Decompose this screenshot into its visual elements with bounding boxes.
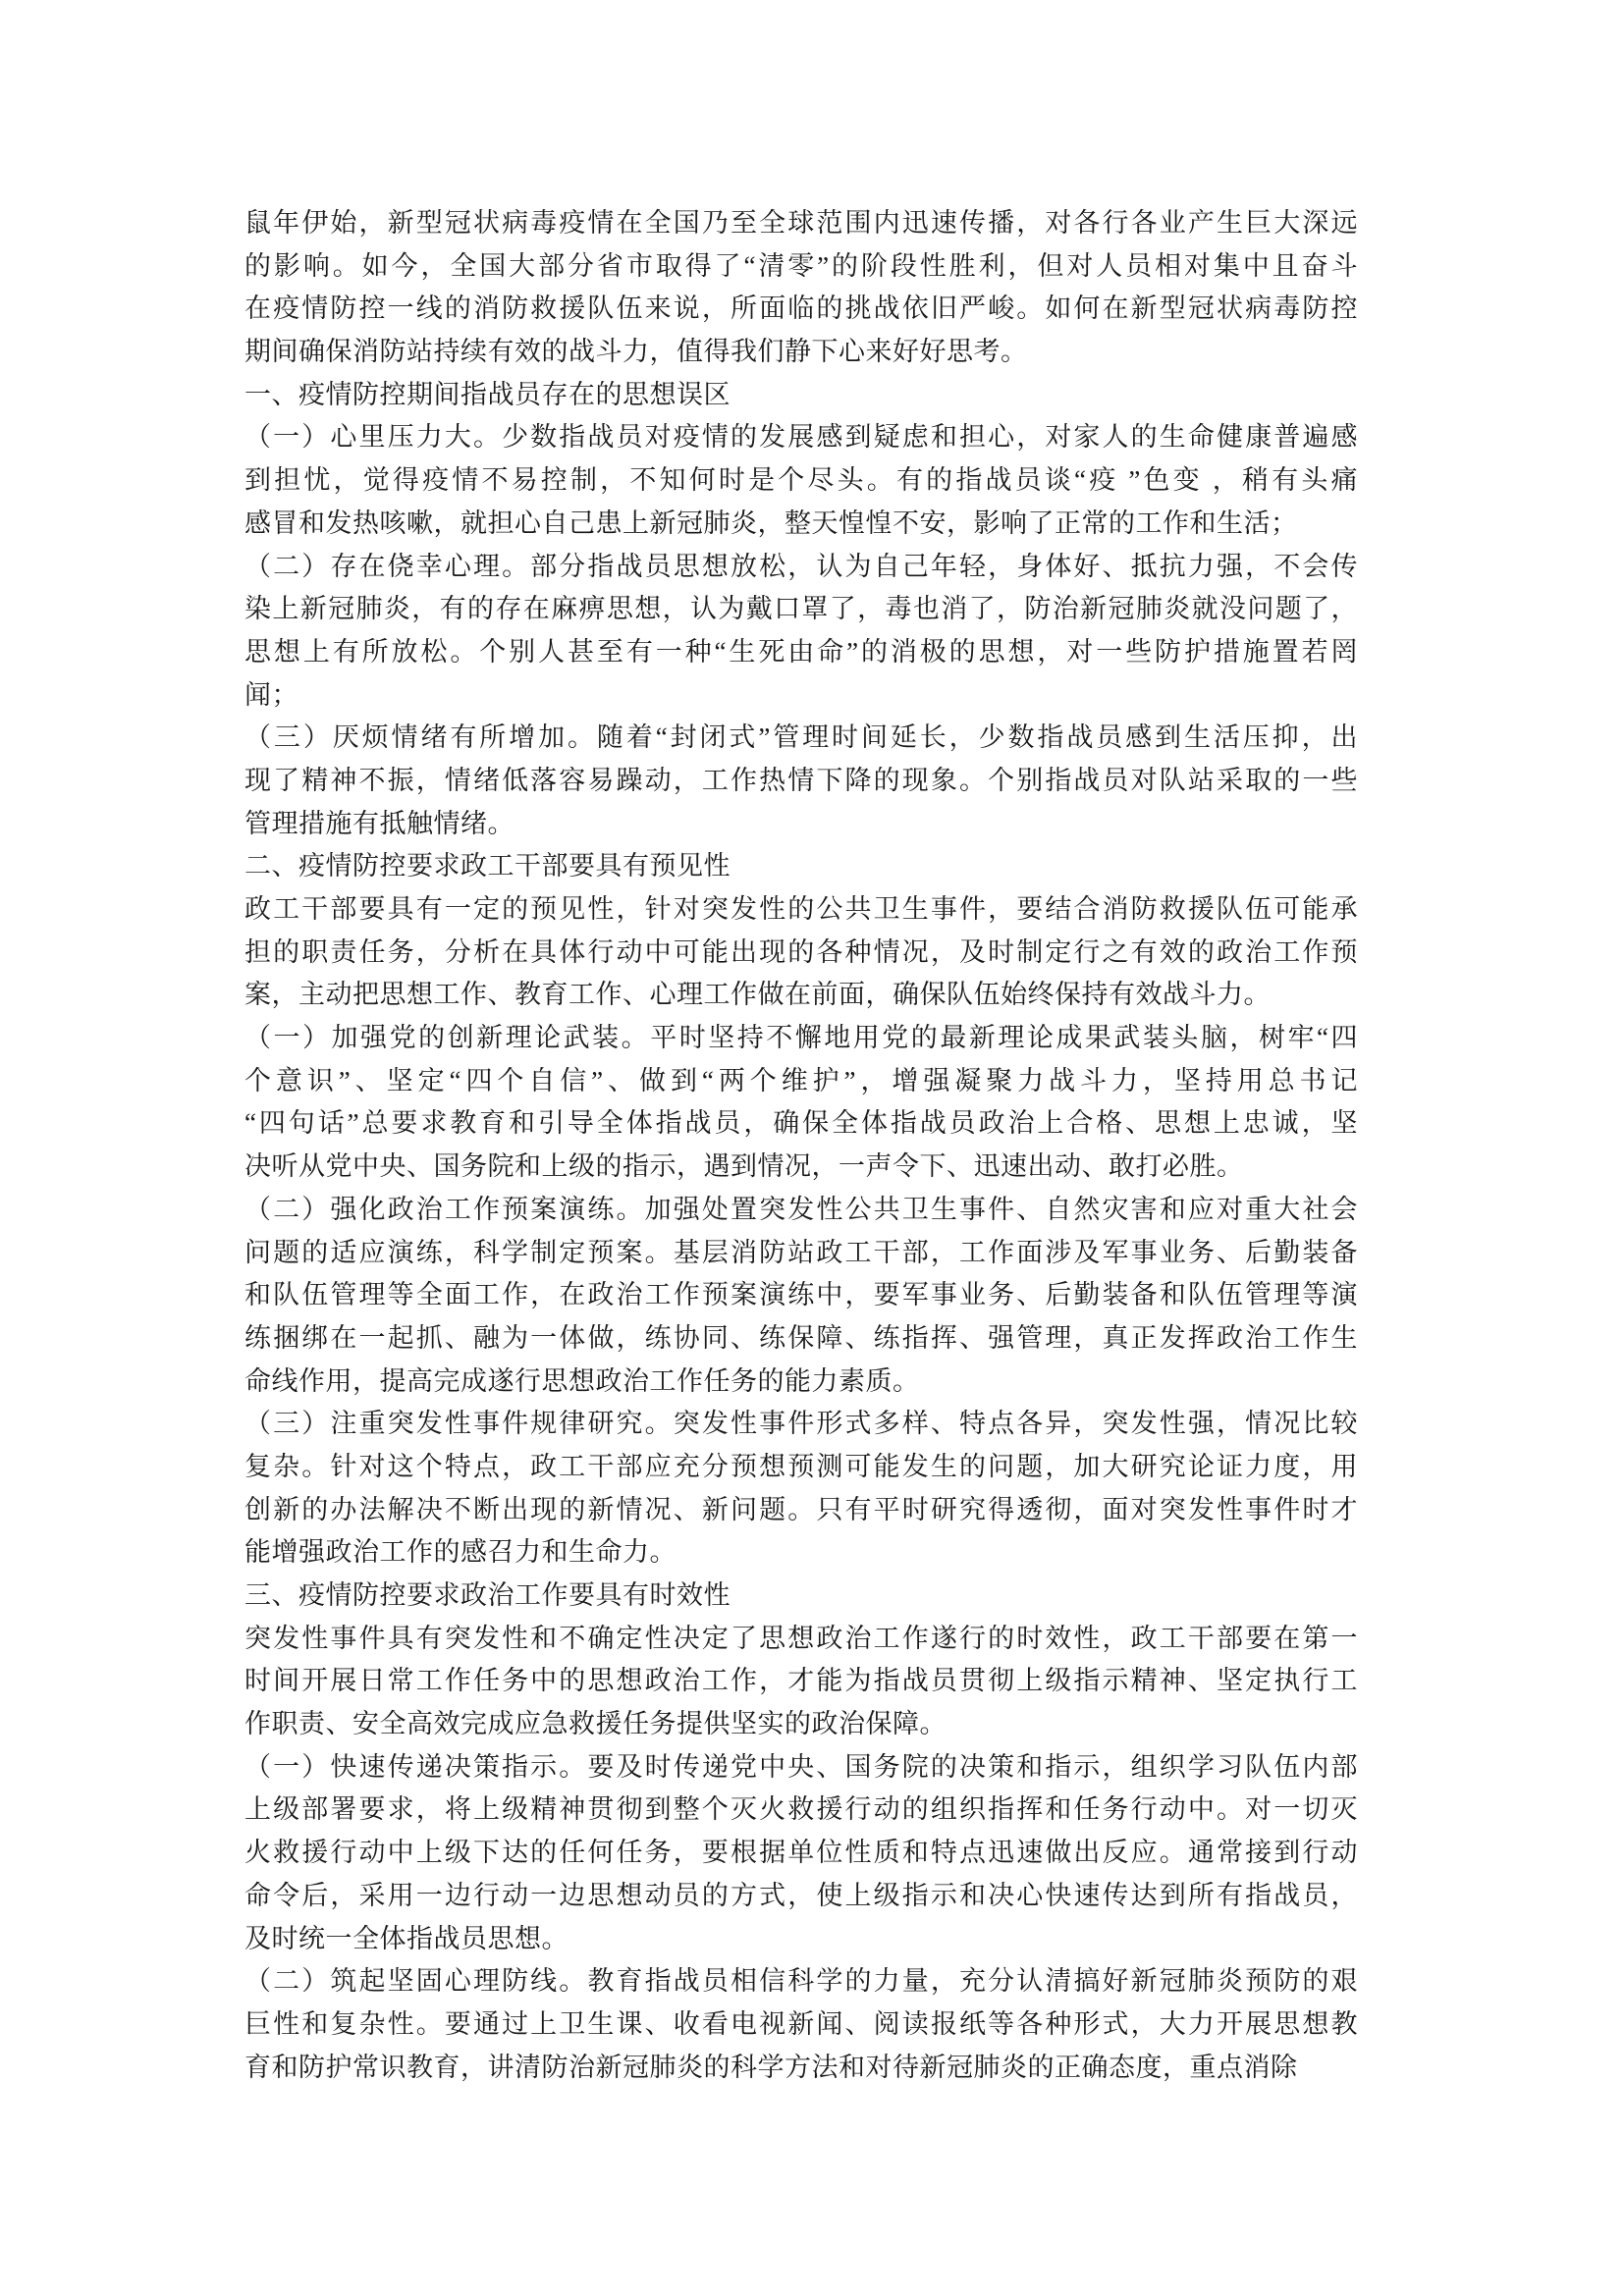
text-line: 政工干部要具有一定的预见性，针对突发性的公共卫生事件，要结合消防救援队伍可能承	[244, 888, 1358, 932]
paragraph: （二）存在侥幸心理。部分指战员思想放松，认为自己年轻，身体好、抵抗力强，不会传染…	[244, 546, 1358, 718]
text-line: 的影响。如今，全国大部分省市取得了“清零”的阶段性胜利，但对人员相对集中且奋斗	[244, 245, 1358, 289]
text-line: 育和防护常识教育，讲清防治新冠肺炎的科学方法和对待新冠肺炎的正确态度，重点消除	[244, 2047, 1358, 2090]
paragraph: （三）注重突发性事件规律研究。突发性事件形式多样、特点各异，突发性强，情况比较复…	[244, 1403, 1358, 1575]
text-line: 思想上有所放松。个别人甚至有一种“生死由命”的消极的思想，对一些防护措施置若罔	[244, 631, 1358, 674]
document-page: 鼠年伊始，新型冠状病毒疫情在全国乃至全球范围内迅速传播，对各行各业产生巨大深远的…	[0, 0, 1624, 2296]
text-line: （二）筑起坚固心理防线。教育指战员相信科学的力量，充分认清搞好新冠肺炎预防的艰	[244, 1960, 1358, 2003]
text-line: 担的职责任务，分析在具体行动中可能出现的各种情况，及时制定行之有效的政治工作预	[244, 932, 1358, 975]
text-line: 能增强政治工作的感召力和生命力。	[244, 1531, 1358, 1575]
text-line: 现了精神不振，情绪低落容易躁动，工作热情下降的现象。个别指战员对队站采取的一些	[244, 760, 1358, 803]
text-line: 案，主动把思想工作、教育工作、心理工作做在前面，确保队伍始终保持有效战斗力。	[244, 974, 1358, 1017]
text-line: 二、疫情防控要求政工干部要具有预见性	[244, 845, 1358, 888]
paragraph: 三、疫情防控要求政治工作要具有时效性	[244, 1575, 1358, 1618]
document-body: 鼠年伊始，新型冠状病毒疫情在全国乃至全球范围内迅速传播，对各行各业产生巨大深远的…	[244, 202, 1358, 2089]
text-line: 到担忧，觉得疫情不易控制，不知何时是个尽头。有的指战员谈“疫 ”色变 ，稍有头痛	[244, 459, 1358, 503]
text-line: 作职责、安全高效完成应急救援任务提供坚实的政治保障。	[244, 1703, 1358, 1746]
text-line: （一）加强党的创新理论武装。平时坚持不懈地用党的最新理论成果武装头脑，树牢“四	[244, 1017, 1358, 1060]
paragraph: （一）心里压力大。少数指战员对疫情的发展感到疑虑和担心，对家人的生命健康普遍感到…	[244, 416, 1358, 545]
text-line: （二）存在侥幸心理。部分指战员思想放松，认为自己年轻，身体好、抵抗力强，不会传	[244, 546, 1358, 589]
paragraph: 鼠年伊始，新型冠状病毒疫情在全国乃至全球范围内迅速传播，对各行各业产生巨大深远的…	[244, 202, 1358, 374]
text-line: 个意识”、坚定“四个自信”、做到“两个维护”，增强凝聚力战斗力，坚持用总书记	[244, 1060, 1358, 1103]
text-line: 时间开展日常工作任务中的思想政治工作，才能为指战员贯彻上级指示精神、坚定执行工	[244, 1660, 1358, 1703]
text-line: 期间确保消防站持续有效的战斗力，值得我们静下心来好好思考。	[244, 331, 1358, 374]
text-line: 问题的适应演练，科学制定预案。基层消防站政工干部，工作面涉及军事业务、后勤装备	[244, 1232, 1358, 1275]
text-line: 鼠年伊始，新型冠状病毒疫情在全国乃至全球范围内迅速传播，对各行各业产生巨大深远	[244, 202, 1358, 245]
paragraph: （一）快速传递决策指示。要及时传递党中央、国务院的决策和指示，组织学习队伍内部上…	[244, 1746, 1358, 1960]
text-line: 练捆绑在一起抓、融为一体做，练协同、练保障、练指挥、强管理，真正发挥政治工作生	[244, 1317, 1358, 1361]
paragraph: （二）筑起坚固心理防线。教育指战员相信科学的力量，充分认清搞好新冠肺炎预防的艰巨…	[244, 1960, 1358, 2089]
text-line: 感冒和发热咳嗽，就担心自己患上新冠肺炎，整天惶惶不安，影响了正常的工作和生活；	[244, 503, 1358, 546]
text-line: （一）快速传递决策指示。要及时传递党中央、国务院的决策和指示，组织学习队伍内部	[244, 1746, 1358, 1789]
paragraph: 政工干部要具有一定的预见性，针对突发性的公共卫生事件，要结合消防救援队伍可能承担…	[244, 888, 1358, 1017]
paragraph: 二、疫情防控要求政工干部要具有预见性	[244, 845, 1358, 888]
text-line: （二）强化政治工作预案演练。加强处置突发性公共卫生事件、自然灾害和应对重大社会	[244, 1189, 1358, 1232]
text-line: 巨性和复杂性。要通过上卫生课、收看电视新闻、阅读报纸等各种形式，大力开展思想教	[244, 2003, 1358, 2047]
text-line: 突发性事件具有突发性和不确定性决定了思想政治工作遂行的时效性，政工干部要在第一	[244, 1618, 1358, 1661]
paragraph: 突发性事件具有突发性和不确定性决定了思想政治工作遂行的时效性，政工干部要在第一时…	[244, 1618, 1358, 1746]
text-line: （三）注重突发性事件规律研究。突发性事件形式多样、特点各异，突发性强，情况比较	[244, 1403, 1358, 1446]
text-line: “四句话”总要求教育和引导全体指战员，确保全体指战员政治上合格、思想上忠诚，坚	[244, 1102, 1358, 1146]
text-line: 创新的办法解决不断出现的新情况、新问题。只有平时研究得透彻，面对突发性事件时才	[244, 1489, 1358, 1532]
text-line: 染上新冠肺炎，有的存在麻痹思想，认为戴口罩了，毒也消了，防治新冠肺炎就没问题了，	[244, 588, 1358, 631]
paragraph: （三）厌烦情绪有所增加。随着“封闭式”管理时间延长，少数指战员感到生活压抑，出现…	[244, 717, 1358, 845]
text-line: 火救援行动中上级下达的任何任务，要根据单位性质和特点迅速做出反应。通常接到行动	[244, 1832, 1358, 1875]
text-line: 命令后，采用一边行动一边思想动员的方式，使上级指示和决心快速传达到所有指战员，	[244, 1875, 1358, 1918]
text-line: 上级部署要求，将上级精神贯彻到整个灭火救援行动的组织指挥和任务行动中。对一切灭	[244, 1789, 1358, 1832]
paragraph: （一）加强党的创新理论武装。平时坚持不懈地用党的最新理论成果武装头脑，树牢“四个…	[244, 1017, 1358, 1189]
text-line: 和队伍管理等全面工作，在政治工作预案演练中，要军事业务、后勤装备和队伍管理等演	[244, 1274, 1358, 1317]
paragraph: （二）强化政治工作预案演练。加强处置突发性公共卫生事件、自然灾害和应对重大社会问…	[244, 1189, 1358, 1403]
text-line: （一）心里压力大。少数指战员对疫情的发展感到疑虑和担心，对家人的生命健康普遍感	[244, 416, 1358, 459]
text-line: （三）厌烦情绪有所增加。随着“封闭式”管理时间延长，少数指战员感到生活压抑，出	[244, 717, 1358, 760]
paragraph: 一、疫情防控期间指战员存在的思想误区	[244, 374, 1358, 417]
text-line: 在疫情防控一线的消防救援队伍来说，所面临的挑战依旧严峻。如何在新型冠状病毒防控	[244, 288, 1358, 331]
text-line: 及时统一全体指战员思想。	[244, 1918, 1358, 1961]
text-line: 三、疫情防控要求政治工作要具有时效性	[244, 1575, 1358, 1618]
text-line: 命线作用，提高完成遂行思想政治工作任务的能力素质。	[244, 1361, 1358, 1404]
text-line: 复杂。针对这个特点，政工干部应充分预想预测可能发生的问题，加大研究论证力度，用	[244, 1446, 1358, 1489]
text-line: 决听从党中央、国务院和上级的指示，遇到情况，一声令下、迅速出动、敢打必胜。	[244, 1146, 1358, 1189]
text-line: 管理措施有抵触情绪。	[244, 803, 1358, 846]
text-line: 闻；	[244, 674, 1358, 718]
text-line: 一、疫情防控期间指战员存在的思想误区	[244, 374, 1358, 417]
